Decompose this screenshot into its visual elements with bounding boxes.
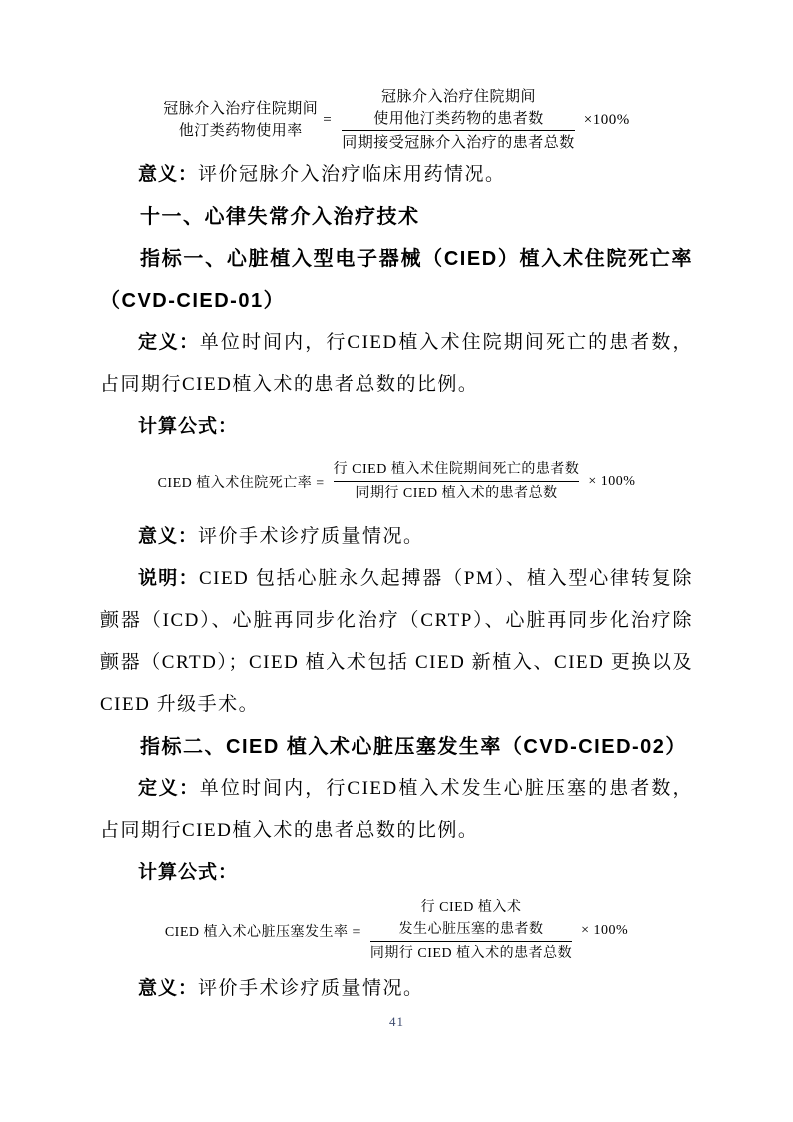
indicator1-heading: 指标一、心脏植入型电子器械（CIED）植入术住院死亡率（CVD-CIED-01） [100, 238, 693, 322]
meaning-statin-paragraph: 意义：评价冠脉介入治疗临床用药情况。 [100, 154, 693, 196]
multiplier: × 100% [581, 923, 628, 939]
multiplier: × 100% [588, 474, 635, 490]
formula-label: 计算公式： [138, 416, 238, 437]
multiplier: ×100% [584, 112, 630, 129]
meaning-label: 意义： [138, 978, 198, 999]
fraction-numerator: 行 CIED 植入术 发生心脏压塞的患者数 [370, 897, 572, 941]
fraction-denominator: 同期接受冠脉介入治疗的患者总数 [342, 130, 575, 154]
fraction-numerator: 行 CIED 植入术住院期间死亡的患者数 [334, 459, 580, 481]
meaning-label: 意义： [138, 526, 198, 547]
meaning-label: 意义： [138, 164, 198, 185]
indicator1-definition-paragraph: 定义：单位时间内，行CIED植入术住院期间死亡的患者数，占同期行CIED植入术的… [100, 322, 693, 406]
numerator-line1: 行 CIED 植入术 [370, 897, 572, 919]
indicator1-formula-label-paragraph: 计算公式： [100, 406, 693, 448]
formula-lhs: 冠脉介入治疗住院期间 他汀类药物使用率 [163, 98, 318, 142]
cied-mortality-formula: CIED 植入术住院死亡率 = 行 CIED 植入术住院期间死亡的患者数 同期行… [100, 459, 693, 505]
formula-label: 计算公式： [138, 862, 238, 883]
formula-lhs-line1: 冠脉介入治疗住院期间 [163, 98, 318, 120]
indicator2-meaning-paragraph: 意义：评价手术诊疗质量情况。 [100, 968, 693, 1010]
fraction: 行 CIED 植入术住院期间死亡的患者数 同期行 CIED 植入术的患者总数 [334, 459, 580, 505]
definition-label: 定义： [138, 778, 200, 799]
fraction: 冠脉介入治疗住院期间 使用他汀类药物的患者数 同期接受冠脉介入治疗的患者总数 [342, 86, 575, 154]
indicator2-heading: 指标二、CIED 植入术心脏压塞发生率（CVD-CIED-02） [100, 726, 693, 768]
meaning-text: 评价冠脉介入治疗临床用药情况。 [198, 164, 506, 185]
indicator1-meaning-paragraph: 意义：评价手术诊疗质量情况。 [100, 516, 693, 558]
indicator2-formula-label-paragraph: 计算公式： [100, 852, 693, 894]
fraction: 行 CIED 植入术 发生心脏压塞的患者数 同期行 CIED 植入术的患者总数 [370, 897, 572, 965]
document-page: 冠脉介入治疗住院期间 他汀类药物使用率 = 冠脉介入治疗住院期间 使用他汀类药物… [0, 0, 793, 1122]
numerator-line2: 使用他汀类药物的患者数 [342, 108, 575, 130]
indicator2-definition-paragraph: 定义：单位时间内，行CIED植入术发生心脏压塞的患者数，占同期行CIED植入术的… [100, 768, 693, 852]
indicator1-note-paragraph: 说明：CIED 包括心脏永久起搏器（PM）、植入型心律转复除颤器（ICD）、心脏… [100, 558, 693, 726]
definition-label: 定义： [138, 332, 200, 353]
note-text: CIED 包括心脏永久起搏器（PM）、植入型心律转复除颤器（ICD）、心脏再同步… [100, 568, 693, 715]
numerator-line1: 冠脉介入治疗住院期间 [342, 86, 575, 108]
fraction-numerator: 冠脉介入治疗住院期间 使用他汀类药物的患者数 [342, 86, 575, 130]
note-label: 说明： [138, 568, 199, 589]
meaning-text: 评价手术诊疗质量情况。 [198, 526, 424, 547]
formula-lhs-line2: 他汀类药物使用率 [163, 120, 318, 142]
page-number: 41 [0, 1014, 793, 1030]
section-heading: 十一、心律失常介入治疗技术 [100, 196, 693, 238]
formula-lhs: CIED 植入术住院死亡率 = [158, 472, 325, 492]
equals-sign: = [323, 112, 332, 129]
numerator-line2: 发生心脏压塞的患者数 [370, 919, 572, 941]
statin-usage-formula: 冠脉介入治疗住院期间 他汀类药物使用率 = 冠脉介入治疗住院期间 使用他汀类药物… [100, 86, 693, 154]
cied-tamponade-formula: CIED 植入术心脏压塞发生率 = 行 CIED 植入术 发生心脏压塞的患者数 … [100, 897, 693, 965]
meaning-text: 评价手术诊疗质量情况。 [198, 978, 424, 999]
fraction-denominator: 同期行 CIED 植入术的患者总数 [370, 941, 572, 965]
formula-lhs: CIED 植入术心脏压塞发生率 = [165, 921, 361, 941]
fraction-denominator: 同期行 CIED 植入术的患者总数 [334, 481, 580, 505]
